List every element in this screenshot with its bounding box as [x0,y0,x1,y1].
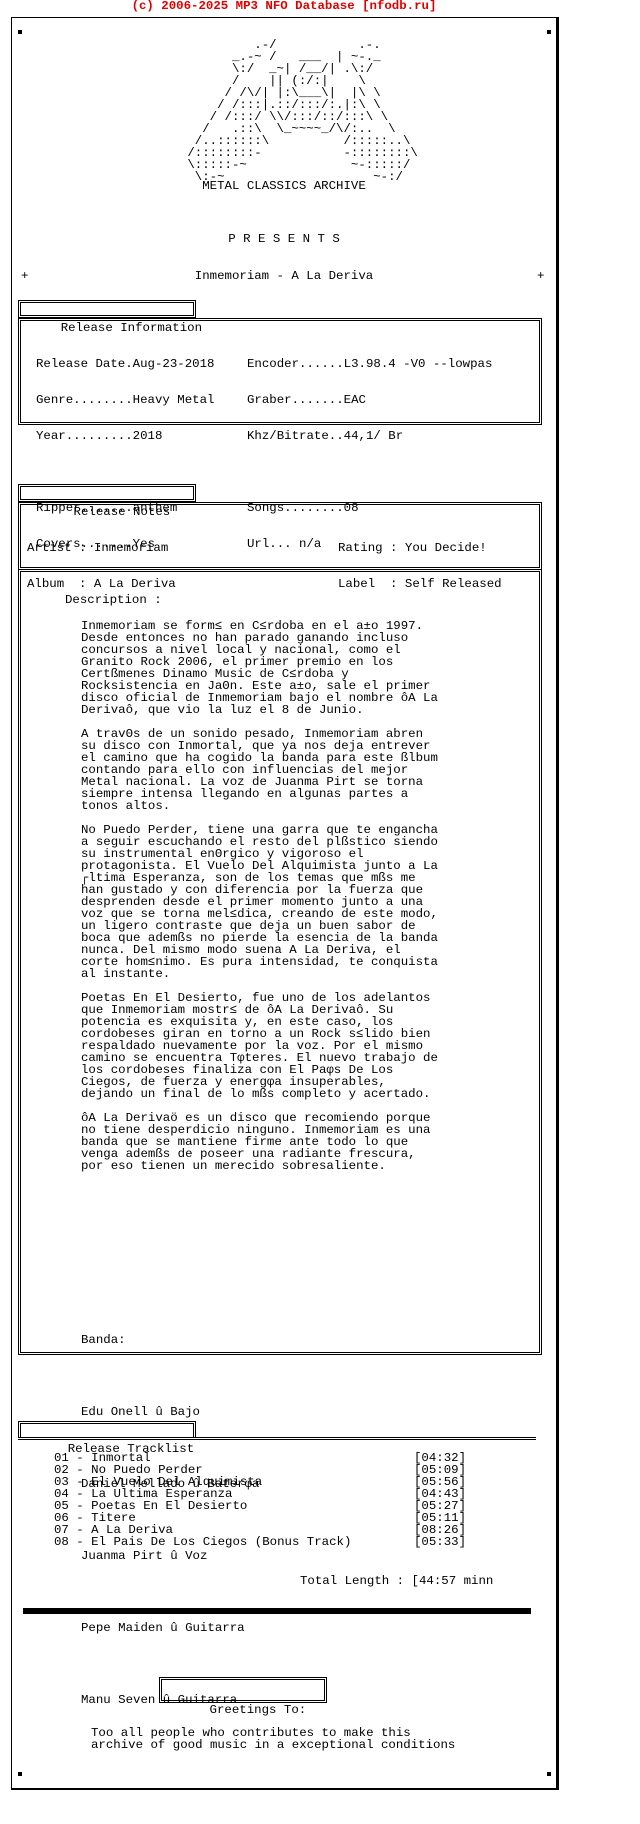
spacer [36,466,214,478]
track-length: [05:33] [414,1536,466,1548]
copyright-notice: (c) 2006-2025 MP3 NFO Database [nfodb.ru… [0,0,568,13]
release-notes-tab: Release Notes [18,484,196,502]
release-info-box: Release Date.Aug-23-2018 Genre........He… [18,318,542,425]
track-row: 08 - El Pais De Los Ciegos (Bonus Track)… [54,1536,454,1548]
release-date-line: Release Date.Aug-23-2018 [36,358,214,370]
presents-heading: P R E S E N T S [12,233,556,246]
release-title: Inmemoriam - A La Deriva [12,270,556,283]
release-info-tab: Release Information [18,300,196,318]
genre-line: Genre........Heavy Metal [36,394,214,406]
greetings-box: Greetings To: [159,1677,327,1703]
greetings-label: Greetings To: [210,1703,307,1717]
description-text: Inmemoriam se form≤ en C≤rdoba en el a±o… [81,620,438,1172]
encoder-line: Encoder......L3.98.4 -V0 --lowpas [247,358,492,370]
band-label: Banda: [81,1328,259,1352]
corner-marker-top-right [547,30,551,34]
description-box: Description : Inmemoriam se form≤ en C≤r… [18,569,542,1355]
logo-caption: METAL CLASSICS ARCHIVE [12,180,556,193]
greetings-text: Too all people who contributes to make t… [91,1727,455,1751]
divider-bar [23,1608,531,1614]
logo-ascii-art: .-/ .-. _.-~ / ___ | ~-._ \:/ _~| /__/| … [12,39,556,184]
corner-marker-top-left [18,30,22,34]
track-title: 08 - El Pais De Los Ciegos (Bonus Track) [54,1535,351,1549]
bitrate-line: Khz/Bitrate..44,1/ Br [247,430,492,442]
band-member: Pepe Maiden û Guitarra [81,1616,259,1640]
spacer [247,466,492,478]
nfo-frame: .-/ .-. _.-~ / ___ | ~-._ \:/ _~| /__/| … [11,17,559,1790]
artist-line: Artist : Inmemoriam [27,542,176,554]
total-length: Total Length : [44:57 minn [300,1575,493,1587]
corner-marker-bottom-right [547,1772,551,1776]
rating-line: Rating : You Decide! [338,542,502,554]
bullet-right: + [537,270,544,283]
tracklist: 01 - Inmortal[04:32]02 - No Puedo Perder… [54,1452,454,1548]
graber-line: Graber.......EAC [247,394,492,406]
logo-art-text: .-/ .-. _.-~ / ___ | ~-._ \:/ _~| /__/| … [150,39,418,183]
tracklist-rule [18,1437,536,1440]
tracklist-tab: Release Tracklist [18,1421,196,1438]
release-notes-meta-box: Artist : Inmemoriam Album : A La Deriva … [18,502,542,570]
year-line: Year.........2018 [36,430,214,442]
corner-marker-bottom-left [18,1772,22,1776]
description-label: Description : [65,594,162,606]
